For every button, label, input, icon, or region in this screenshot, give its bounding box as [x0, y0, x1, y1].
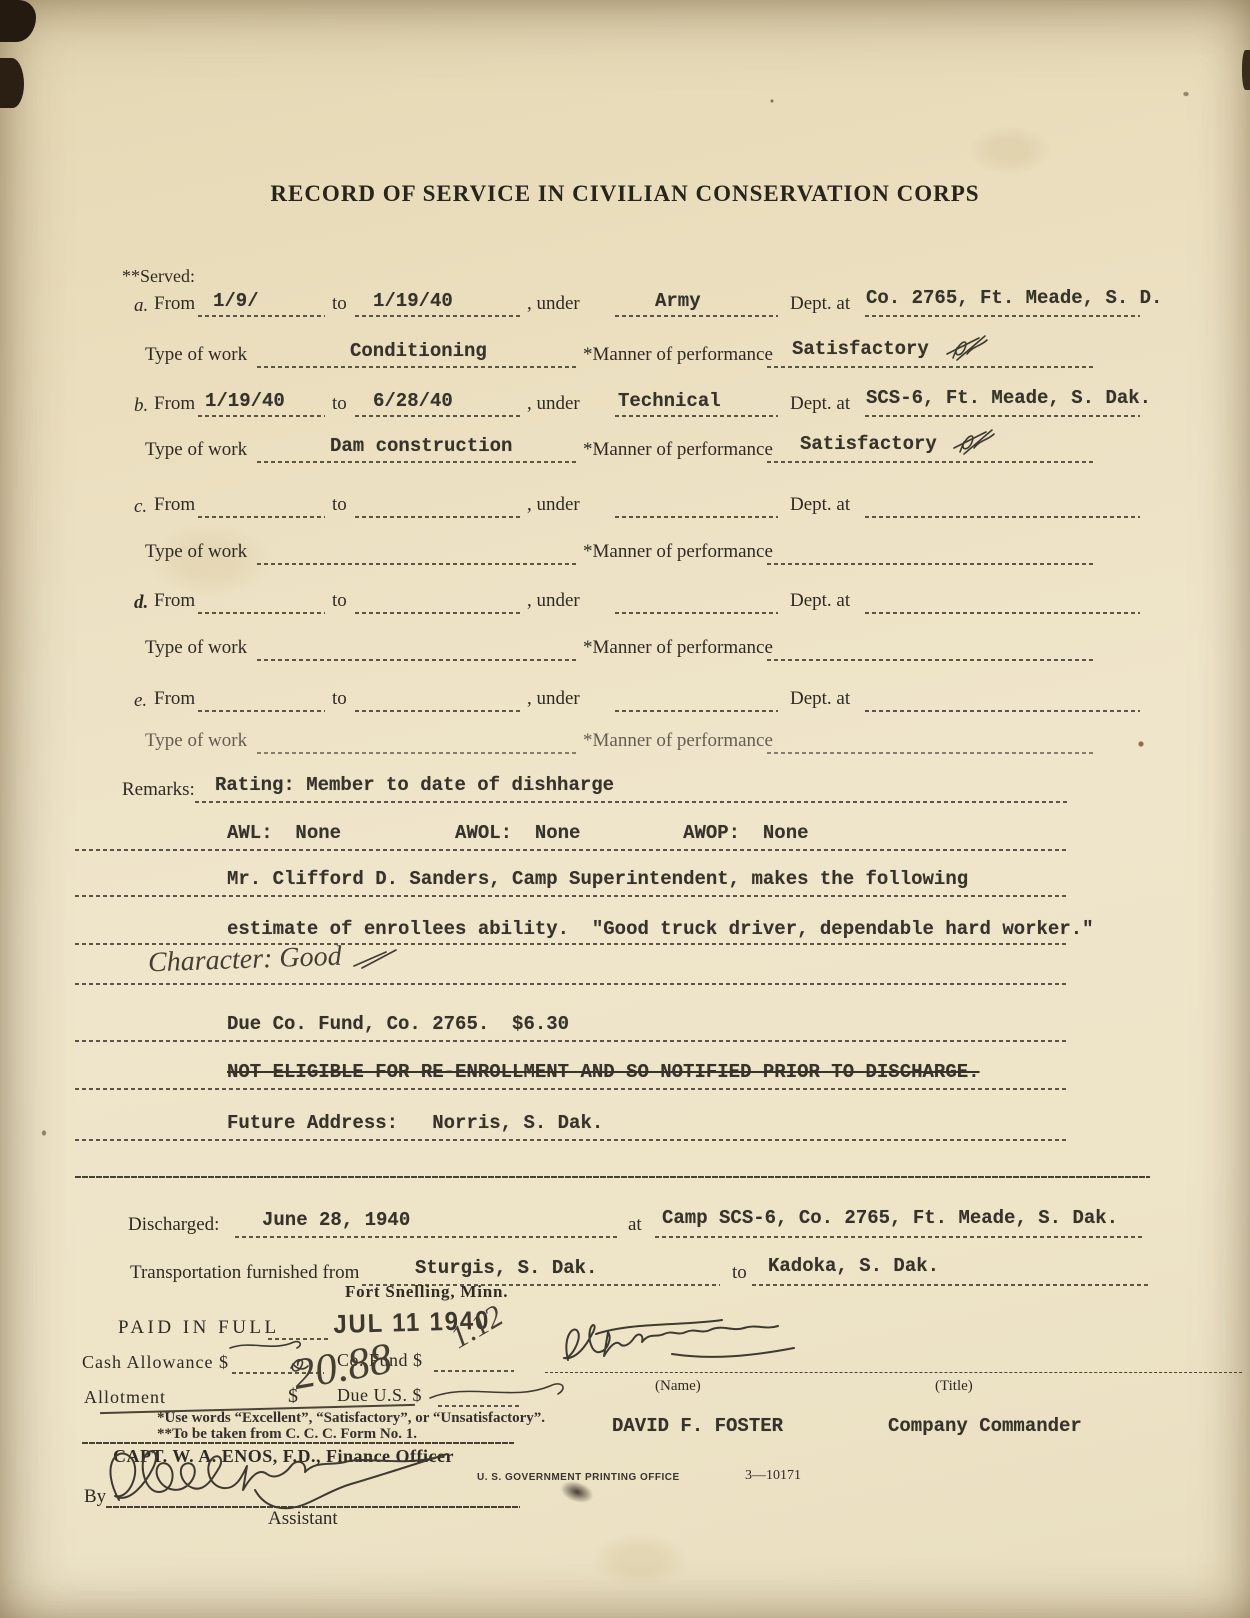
- dotted-line: [438, 1405, 520, 1407]
- dotted-line: [865, 315, 1140, 317]
- to-label: to: [332, 494, 347, 516]
- under-label: , under: [527, 494, 580, 516]
- service-a-under-value: Army: [655, 291, 701, 313]
- service-a-dept-value: Co. 2765, Ft. Meade, S. D.: [866, 288, 1162, 310]
- dotted-line: [195, 801, 1068, 803]
- manner-label: *Manner of performance: [583, 344, 773, 366]
- service-a-letter: a.: [134, 295, 148, 317]
- dotted-line: [198, 612, 325, 614]
- served-label: **Served:: [122, 266, 195, 287]
- dotted-line: [257, 366, 577, 368]
- dotted-line: [767, 659, 1095, 661]
- dotted-line: [615, 415, 778, 417]
- dotted-line: [865, 710, 1140, 712]
- commander-name-typed: DAVID F. FOSTER: [612, 1416, 783, 1438]
- from-label: From: [154, 293, 195, 315]
- form-number: 3—10171: [745, 1468, 801, 1484]
- remarks-future-address: Future Address: Norris, S. Dak.: [227, 1113, 603, 1135]
- transport-to-value: Kadoka, S. Dak.: [768, 1256, 939, 1278]
- dotted-line: [767, 461, 1095, 463]
- commander-title-typed: Company Commander: [888, 1416, 1082, 1438]
- service-b-manner-value: Satisfactory: [800, 434, 937, 456]
- manner-label: *Manner of performance: [583, 541, 773, 563]
- document-page: RECORD OF SERVICE IN CIVILIAN CONSERVATI…: [0, 0, 1250, 1618]
- corner-stain-top-left-1: [0, 0, 36, 42]
- dotted-line: [355, 516, 523, 518]
- performance-initials-handwriting: [952, 428, 998, 460]
- remarks-awl: AWL: None AWOL: None AWOP: None: [227, 823, 809, 845]
- under-label: , under: [527, 293, 580, 315]
- dotted-line: [355, 710, 523, 712]
- service-b-work-value: Dam construction: [330, 436, 512, 458]
- under-label: , under: [527, 393, 580, 415]
- service-b-letter: b.: [134, 395, 148, 417]
- dotted-line: [235, 1236, 620, 1238]
- dotted-line: [767, 752, 1095, 754]
- service-b-under-value: Technical: [618, 391, 721, 413]
- service-a-to-value: 1/19/40: [373, 291, 453, 313]
- due-us-label: Due U.S. $: [337, 1385, 422, 1406]
- dotted-line: [257, 563, 577, 565]
- dotted-line: [257, 461, 577, 463]
- dotted-line: [355, 612, 523, 614]
- dotted-line: [865, 612, 1140, 614]
- dotted-line: [257, 752, 577, 754]
- type-of-work-label: Type of work: [145, 439, 247, 461]
- dotted-line: [75, 849, 1068, 851]
- dotted-line: [752, 1284, 1150, 1286]
- service-c-letter: c.: [134, 496, 147, 518]
- service-b-to-value: 6/28/40: [373, 391, 453, 413]
- manner-label: *Manner of performance: [583, 637, 773, 659]
- character-handwriting: Character: Good: [147, 941, 342, 980]
- dotted-line: [355, 415, 523, 417]
- transport-from-value: Sturgis, S. Dak.: [415, 1258, 597, 1280]
- to-destination-label: to: [732, 1262, 747, 1284]
- dotted-line: [75, 1176, 1150, 1178]
- dotted-line: [198, 710, 325, 712]
- service-b-dept-value: SCS-6, Ft. Meade, S. Dak.: [866, 388, 1151, 410]
- dotted-line: [865, 415, 1140, 417]
- under-label: , under: [527, 688, 580, 710]
- type-of-work-label: Type of work: [145, 637, 247, 659]
- transportation-label: Transportation furnished from: [130, 1262, 359, 1284]
- title-caption: (Title): [935, 1378, 973, 1395]
- dotted-line: [75, 1040, 1068, 1042]
- manner-label: *Manner of performance: [583, 439, 773, 461]
- signature-line: [545, 1372, 1242, 1373]
- corner-stain-top-left-2: [0, 58, 24, 108]
- service-b-from-value: 1/19/40: [205, 391, 285, 413]
- due-us-flourish-handwriting: [428, 1374, 573, 1404]
- assistant-label: Assistant: [268, 1508, 338, 1530]
- footnote-1: *Use words “Excellent”, “Satisfactory”, …: [157, 1410, 545, 1427]
- character-flourish-handwriting: [352, 948, 400, 972]
- dotted-line: [75, 1139, 1068, 1141]
- edge-stain-top-right: [1242, 50, 1250, 90]
- manner-label: *Manner of performance: [583, 730, 773, 752]
- printing-office-label: U. S. GOVERNMENT PRINTING OFFICE: [477, 1472, 680, 1484]
- dept-at-label: Dept. at: [790, 494, 850, 516]
- dotted-line: [257, 659, 577, 661]
- fort-snelling-label: Fort Snelling, Minn.: [345, 1282, 508, 1302]
- service-a-manner-value: Satisfactory: [792, 339, 929, 361]
- dotted-line: [75, 895, 1068, 897]
- discharged-place-value: Camp SCS-6, Co. 2765, Ft. Meade, S. Dak.: [662, 1208, 1118, 1230]
- dept-at-label: Dept. at: [790, 293, 850, 315]
- from-label: From: [154, 590, 195, 612]
- dotted-line: [615, 516, 778, 518]
- dotted-line: [615, 612, 778, 614]
- service-a-from-value: 1/9/: [213, 291, 259, 313]
- service-e-letter: e.: [134, 690, 147, 712]
- dotted-line: [355, 315, 523, 317]
- remarks-not-eligible: NOT ELIGIBLE FOR RE-ENROLLMENT AND SO NO…: [227, 1062, 980, 1084]
- dept-at-label: Dept. at: [790, 393, 850, 415]
- to-label: to: [332, 293, 347, 315]
- name-caption: (Name): [655, 1378, 701, 1395]
- remarks-label: Remarks:: [122, 779, 195, 801]
- dotted-line: [865, 516, 1140, 518]
- dotted-line: [434, 1370, 514, 1372]
- cash-allowance-label: Cash Allowance $: [82, 1352, 229, 1373]
- service-d-letter: d.: [134, 592, 148, 614]
- page-title: RECORD OF SERVICE IN CIVILIAN CONSERVATI…: [0, 181, 1250, 207]
- dotted-line: [75, 1088, 1068, 1090]
- remarks-estimate: estimate of enrollees ability. "Good tru…: [227, 919, 1094, 941]
- dotted-line: [615, 710, 778, 712]
- dotted-line: [655, 1236, 1145, 1238]
- type-of-work-label: Type of work: [145, 541, 247, 563]
- service-a-work-value: Conditioning: [350, 341, 487, 363]
- paid-in-full-label: PAID IN FULL: [118, 1317, 280, 1339]
- dotted-line: [198, 315, 325, 317]
- commander-signature-handwriting: [552, 1316, 807, 1374]
- dept-at-label: Dept. at: [790, 688, 850, 710]
- remarks-rating: Rating: Member to date of dishharge: [215, 775, 614, 797]
- discharged-date-value: June 28, 1940: [262, 1210, 410, 1232]
- from-label: From: [154, 393, 195, 415]
- allotment-label: Allotment: [84, 1387, 166, 1408]
- performance-initials-handwriting: [945, 334, 991, 366]
- dotted-line: [767, 563, 1095, 565]
- dotted-line: [198, 516, 325, 518]
- dotted-line: [198, 415, 325, 417]
- to-label: to: [332, 393, 347, 415]
- dotted-line: [615, 315, 778, 317]
- type-of-work-label: Type of work: [145, 344, 247, 366]
- dotted-line: [767, 366, 1095, 368]
- dotted-line: [75, 983, 1068, 985]
- at-label: at: [628, 1214, 642, 1236]
- discharged-label: Discharged:: [128, 1214, 219, 1236]
- from-label: From: [154, 688, 195, 710]
- remarks-due-fund: Due Co. Fund, Co. 2765. $6.30: [227, 1014, 569, 1036]
- to-label: to: [332, 590, 347, 612]
- remarks-superintendent: Mr. Clifford D. Sanders, Camp Superinten…: [227, 869, 968, 891]
- to-label: to: [332, 688, 347, 710]
- under-label: , under: [527, 590, 580, 612]
- from-label: From: [154, 494, 195, 516]
- dept-at-label: Dept. at: [790, 590, 850, 612]
- type-of-work-label: Type of work: [145, 730, 247, 752]
